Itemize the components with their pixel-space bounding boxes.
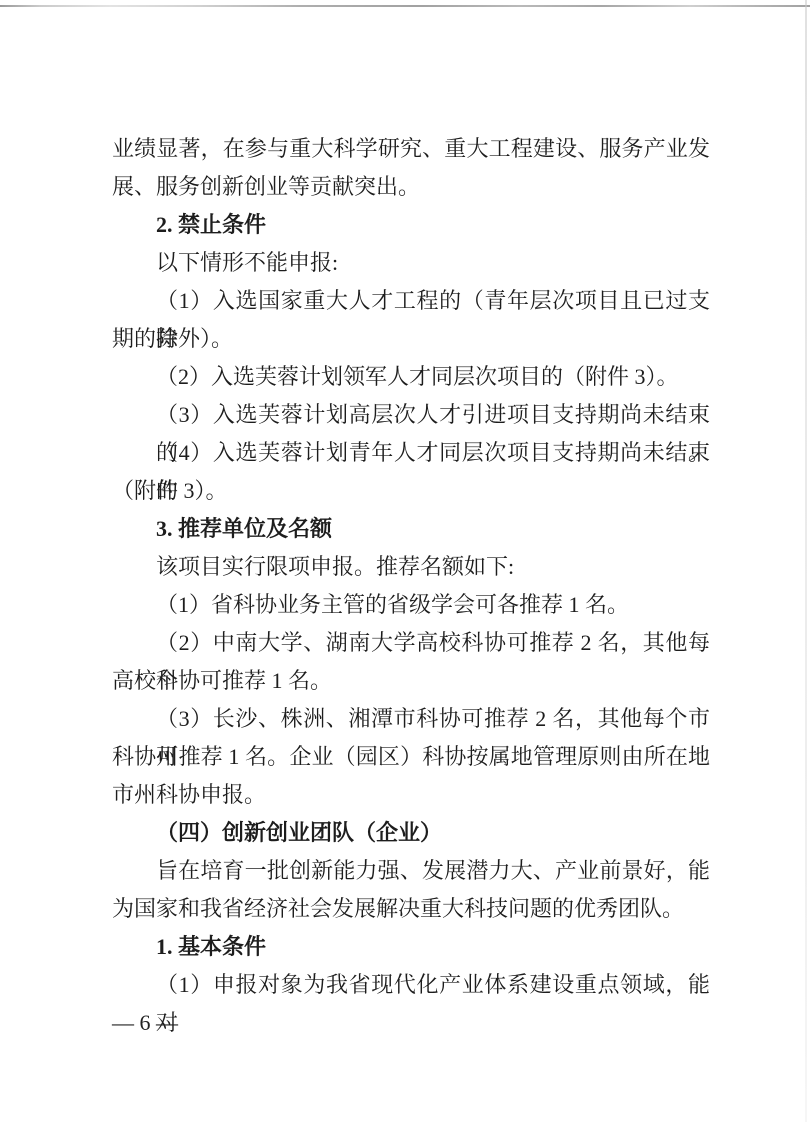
scan-top-edge-artifact bbox=[0, 5, 810, 7]
doc-line: 该项目实行限项申报。推荐名额如下: bbox=[112, 548, 710, 586]
section-heading-prohibition: 2. 禁止条件 bbox=[112, 206, 710, 244]
document-body: 业绩显著，在参与重大科学研究、重大工程建设、服务产业发 展、服务创新创业等贡献突… bbox=[112, 130, 710, 1004]
doc-line: 高校科协可推荐 1 名。 bbox=[112, 662, 710, 700]
section-heading-basic-conditions: 1. 基本条件 bbox=[112, 928, 710, 966]
doc-line: （3）入选芙蓉计划高层次人才引进项目支持期尚未结束的。 bbox=[112, 396, 710, 434]
doc-line: 业绩显著，在参与重大科学研究、重大工程建设、服务产业发 bbox=[112, 130, 710, 168]
doc-line: 为国家和我省经济社会发展解决重大科技问题的优秀团队。 bbox=[112, 890, 710, 928]
doc-line: 市州科协申报。 bbox=[112, 776, 710, 814]
doc-line: （3）长沙、株洲、湘潭市科协可推荐 2 名，其他每个市州 bbox=[112, 700, 710, 738]
page-number: — 6 — bbox=[112, 1004, 178, 1042]
doc-line: 期的除外）。 bbox=[112, 320, 710, 358]
doc-line: （1）申报对象为我省现代化产业体系建设重点领域，能对 bbox=[112, 966, 710, 1004]
doc-line: 旨在培育一批创新能力强、发展潜力大、产业前景好，能 bbox=[112, 852, 710, 890]
doc-line: 展、服务创新创业等贡献突出。 bbox=[112, 168, 710, 206]
doc-line: 以下情形不能申报: bbox=[112, 244, 710, 282]
doc-line: （1）入选国家重大人才工程的（青年层次项目且已过支持 bbox=[112, 282, 710, 320]
doc-line: 科协可推荐 1 名。企业（园区）科协按属地管理原则由所在地 bbox=[112, 738, 710, 776]
document-page: 业绩显著，在参与重大科学研究、重大工程建设、服务产业发 展、服务创新创业等贡献突… bbox=[0, 0, 810, 1122]
section-heading-recommendation-quota: 3. 推荐单位及名额 bbox=[112, 510, 710, 548]
doc-line: （2）入选芙蓉计划领军人才同层次项目的（附件 3）。 bbox=[112, 358, 710, 396]
doc-line: （附件 3）。 bbox=[112, 472, 710, 510]
doc-line: （1）省科协业务主管的省级学会可各推荐 1 名。 bbox=[112, 586, 710, 624]
doc-line: （4）入选芙蓉计划青年人才同层次项目支持期尚未结束的 bbox=[112, 434, 710, 472]
section-heading-innovation-team: （四）创新创业团队（企业） bbox=[112, 814, 710, 852]
doc-line: （2）中南大学、湖南大学高校科协可推荐 2 名，其他每个 bbox=[112, 624, 710, 662]
scan-right-edge-artifact bbox=[805, 0, 807, 1122]
